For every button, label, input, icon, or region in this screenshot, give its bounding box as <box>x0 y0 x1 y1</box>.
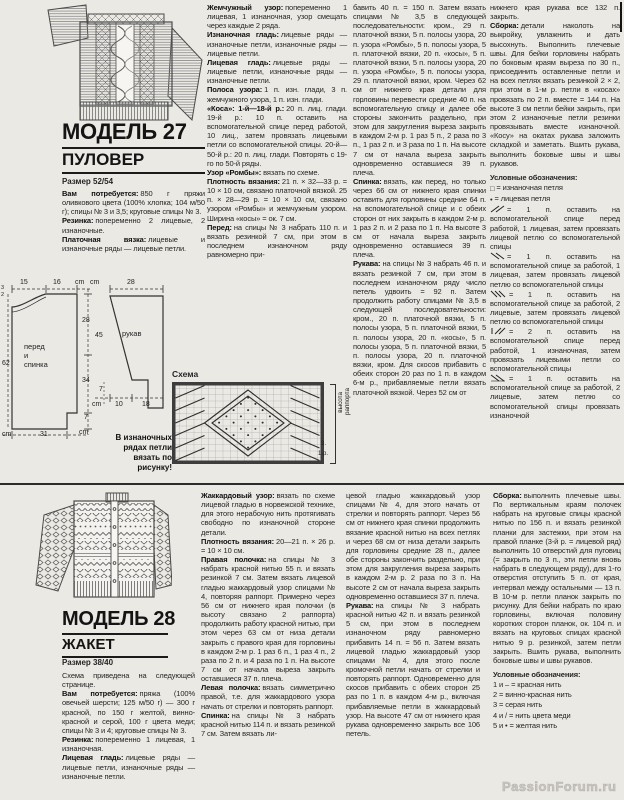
model28-title-block: МОДЕЛЬ 28 ЖАКЕТ <box>62 608 168 658</box>
model28-subtitle: ЖАКЕТ <box>62 637 168 653</box>
hold-front-stitch-icon <box>490 205 505 213</box>
paragraph: Резинка:попеременно 2 лицевые, 2 изнаноч… <box>62 216 205 234</box>
watermark: PassionForum.ru <box>502 779 616 794</box>
title-rule <box>62 633 168 635</box>
rapport-height-label: высота <box>337 392 344 413</box>
model27-column-2: Жемчужный узор:попеременно 1 лицевая, 1 … <box>207 3 347 259</box>
measure-label: 15 <box>20 279 28 286</box>
purl-rows-note: В изнаночных рядах петли вязать по рисун… <box>98 433 172 473</box>
measure-label: 18 <box>142 401 150 408</box>
paragraph: Сборка:выполнить плечевые швы. По вертик… <box>493 491 621 665</box>
unit-label: cm <box>75 279 84 286</box>
measure-label: 7 <box>99 386 103 393</box>
unit-label: cm <box>2 431 11 438</box>
paragraph: Жаккардовый узор:вязать по схеме лицевой… <box>201 491 335 537</box>
model27-title: МОДЕЛЬ 27 <box>62 120 205 144</box>
paragraph: нижнего края рукава все 132 п. закрыть. <box>490 3 620 21</box>
rapport-height-label: раппорта <box>344 388 351 415</box>
measure-label: 3 <box>1 286 4 292</box>
paragraph: Плотность вязания:20—21 п. × 26 р. = 10 … <box>201 537 335 555</box>
paragraph: Вам потребуется:850 г пряжи оливкового ц… <box>62 189 205 216</box>
hold-back-2knit-icon <box>490 290 507 298</box>
unit-label: cm <box>79 429 88 436</box>
measure-label: 28 <box>127 279 135 286</box>
paragraph: Рукава:на спицы № 3 набрать 46 п. и вяза… <box>353 259 486 396</box>
paragraph: Вам потребуется:пряжа (100% овечьей шерс… <box>62 689 195 735</box>
chart-row-3-label: 3. <box>321 441 326 447</box>
title-rule <box>62 147 205 149</box>
measure-label: 7 <box>84 414 88 421</box>
paragraph: Лицевая гладь:лицевые ряды — лицевые пет… <box>207 58 347 85</box>
legend-item: = 1 п. оставить на вспомогательной спице… <box>490 374 620 420</box>
legend-item: 3 = серая нить <box>493 700 621 709</box>
paragraph: Правая полочка:на спицы № 3 набрать крас… <box>201 555 335 683</box>
legend-item: □= изнаночная петля <box>490 183 620 193</box>
hold-back-purl-icon <box>490 374 507 382</box>
knit-dot-icon: • <box>490 195 493 204</box>
subtitle-rule <box>62 172 205 174</box>
front-back-label: перед и спинка <box>24 342 48 369</box>
legend-item: 5 и • = желтая нить <box>493 721 621 730</box>
legend-item: = 1 п. оставить на вспомогательной спице… <box>490 252 620 289</box>
paragraph: Перед:на спицы № 3 набрать 110 п. и вяза… <box>207 223 347 260</box>
chart-row-1-label: 1.р. <box>318 451 328 457</box>
paragraph-lead: Резинка: <box>62 216 93 225</box>
measure-label: 62 <box>2 360 10 367</box>
model27-column-4: нижнего края рукава все 132 п. закрыть. … <box>490 3 620 420</box>
measure-label: 10 <box>115 401 123 408</box>
unit-label: cm <box>92 401 101 408</box>
chart-title: Схема <box>172 369 198 379</box>
paragraph: Спинка:вязать, как перед, но только чере… <box>353 177 486 259</box>
sleeve-label: рукав <box>122 330 141 337</box>
paragraph: Изнаночная гладь:лицевые ряды — изнаночн… <box>207 30 347 57</box>
measure-label: 45 <box>95 332 103 339</box>
model28-column-4: Сборка:выполнить плечевые швы. По вертик… <box>493 491 621 730</box>
legend-item: = 2 п. оставить на вспомогательной спице… <box>490 327 620 373</box>
section-divider <box>0 483 624 485</box>
page-corner-mark <box>620 2 622 32</box>
paragraph: бавить 40 п. = 150 п. Затем вязать спица… <box>353 3 486 177</box>
legend-item: 1 и – = красная нить <box>493 680 621 689</box>
legend-title: Условные обозначения: <box>493 670 621 679</box>
legend-item: = 1 п. оставить на вспомогательной спице… <box>490 205 620 251</box>
paragraph: Жемчужный узор:попеременно 1 лицевая, 1 … <box>207 3 347 30</box>
measure-label: 31 <box>40 431 48 438</box>
measure-label: 34 <box>82 377 90 384</box>
paragraph: Полоса узора:1 п. изн. глади, 3 п. жемчу… <box>207 85 347 103</box>
hold-back-stitch-icon <box>490 252 505 260</box>
model28-title: МОДЕЛЬ 28 <box>62 608 168 630</box>
paragraph: «Коса»: 1-й—18-й р.:20 п. лиц. глади. 19… <box>207 104 347 168</box>
purl-square-icon: □ <box>490 184 494 193</box>
measure-label: 16 <box>53 279 61 286</box>
paragraph: Левая полочка:вязать симметрично правой,… <box>201 683 335 710</box>
model27-column-1: Вам потребуется:850 г пряжи оливкового ц… <box>62 189 205 253</box>
paragraph-lead: Платочная вязка: <box>62 235 146 244</box>
legend-item: = 1 п. оставить на вспомогательной спице… <box>490 290 620 327</box>
paragraph: Плотность вязания:21 п. × 32—33 р. = 10 … <box>207 177 347 223</box>
rapport-bracket <box>330 384 336 464</box>
paragraph: Сборка:детали наколоть на выкройку, увла… <box>490 21 620 168</box>
model28-column-1: Схема приведена на следующей странице. В… <box>62 671 195 781</box>
model28-column-3: цевой гладью жаккардовый узор спицами № … <box>346 491 480 738</box>
paragraph-lead: Вам потребуется: <box>62 189 138 198</box>
pullover-illustration <box>46 2 206 126</box>
model27-title-block: МОДЕЛЬ 27 ПУЛОВЕР <box>62 120 205 174</box>
paragraph: Узор «Ромбы»:вязать по схеме. <box>207 168 347 177</box>
paragraph: Спинка:на спицы № 3 набрать красной нить… <box>201 711 335 738</box>
hold-front-purl-icon <box>490 327 507 335</box>
paragraph: цевой гладью жаккардовый узор спицами № … <box>346 491 480 601</box>
legend-item: •= лицевая петля <box>490 194 620 204</box>
measure-label: 2 <box>1 293 4 299</box>
paragraph: Платочная вязка:лицевые и изнаночные ряд… <box>62 235 205 253</box>
jacket-illustration <box>28 489 172 611</box>
model28-size: Размер 38/40 <box>62 658 113 667</box>
legend-item: 4 и / = нить цвета меди <box>493 711 621 720</box>
legend-item: 2 = винно-красная нить <box>493 690 621 699</box>
paragraph: Лицевая гладь:лицевые ряды — лицевые пет… <box>62 753 195 780</box>
paragraph: Схема приведена на следующей странице. <box>62 671 195 689</box>
paragraph: Рукава:на спицы № 3 набрать красной нить… <box>346 601 480 738</box>
model28-column-2: Жаккардовый узор:вязать по схеме лицевой… <box>201 491 335 738</box>
diamond-stitch-chart <box>172 382 324 464</box>
paragraph: Резинка:попеременно 1 лицевая, 1 изнаноч… <box>62 735 195 753</box>
unit-label: cm <box>90 279 99 286</box>
model27-size: Размер 52/54 <box>62 177 113 186</box>
measure-label: 28 <box>82 317 90 324</box>
model27-subtitle: ПУЛОВЕР <box>62 151 205 169</box>
model27-column-3: бавить 40 п. = 150 п. Затем вязать спица… <box>353 3 486 397</box>
legend-title: Условные обозначения: <box>490 173 620 182</box>
